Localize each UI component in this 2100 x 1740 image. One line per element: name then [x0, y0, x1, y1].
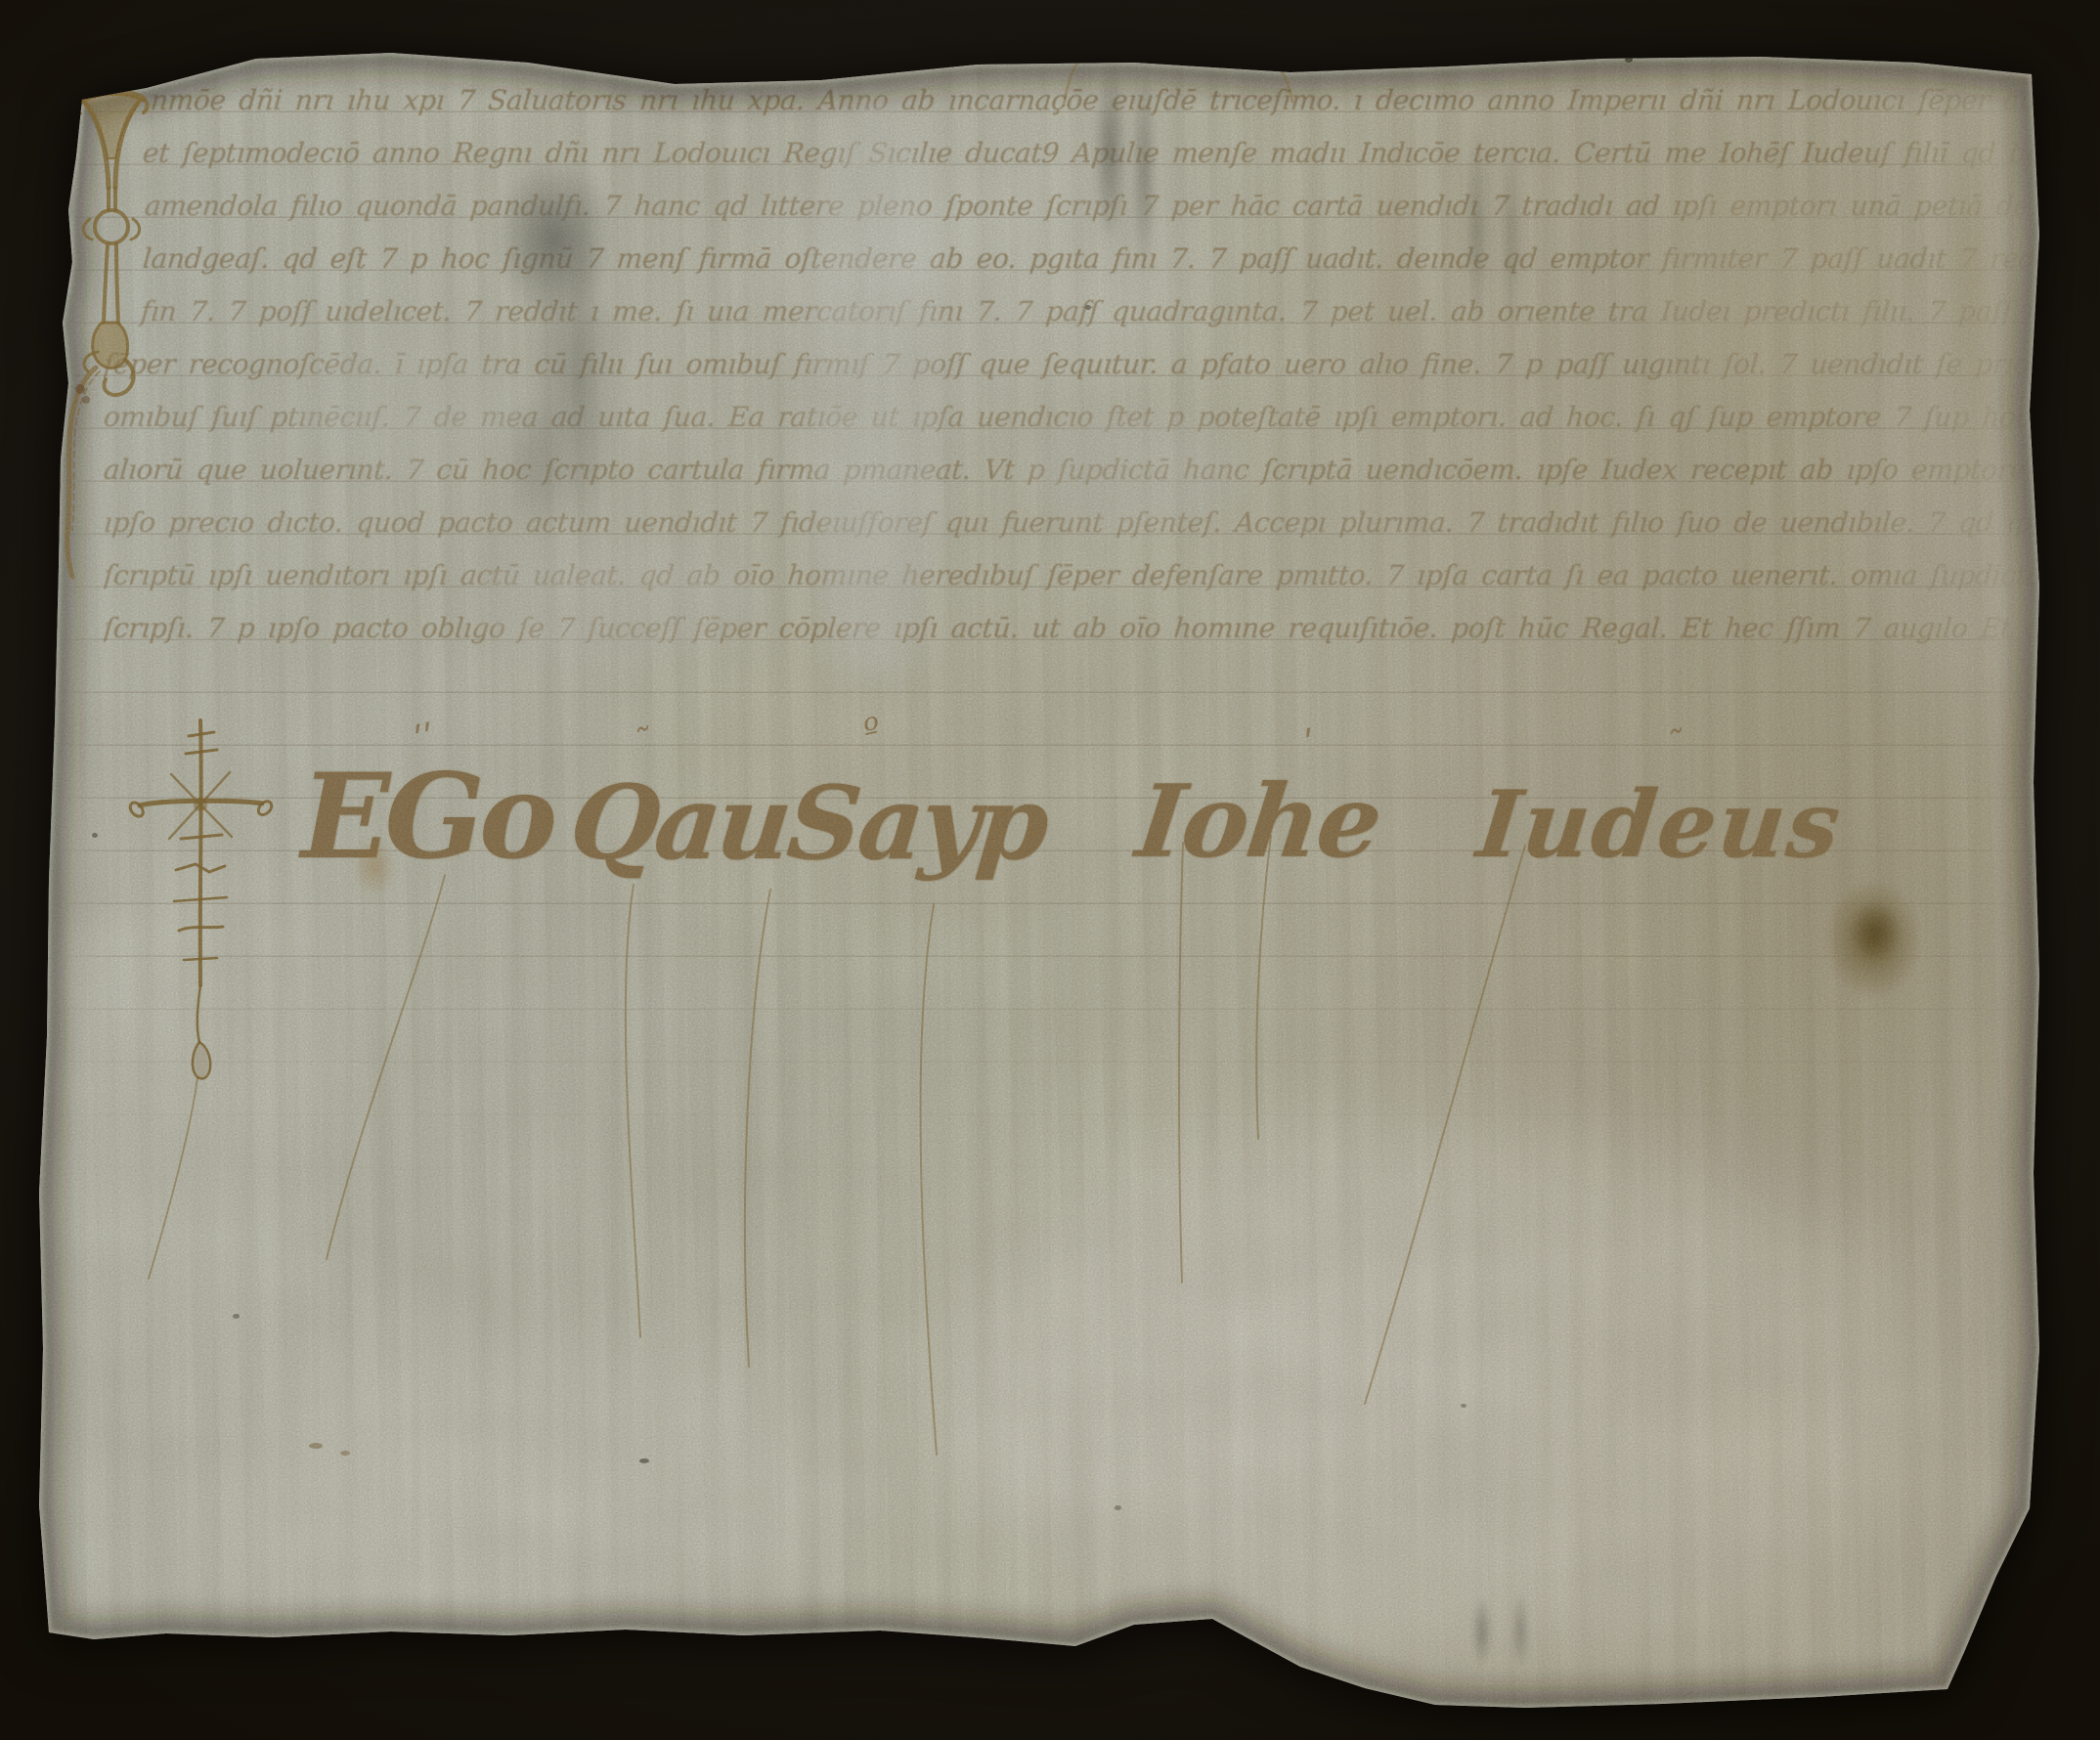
- dark-speck: [1085, 305, 1091, 310]
- charter-line-11: ſcrıpſı. 7 p ıpſo pacto oblıgo ſe 7 ſucc…: [104, 602, 2037, 655]
- signature-superscript-5: ˜: [1663, 724, 1688, 767]
- worn-light-patch: [39, 841, 352, 1349]
- gray-drip-stain: [1471, 1595, 1493, 1669]
- ink-smudge-drip: [530, 230, 623, 528]
- ink-smudge-stain: [494, 158, 616, 320]
- gray-drip-stain: [1500, 135, 1523, 328]
- signature-word-1: EGo: [301, 748, 551, 886]
- manuscript-photo: nmōe dñi nrı ıhu xpı 7 Saluatorıs nrı ıh…: [0, 0, 2100, 1740]
- gray-drip-stain: [1510, 1591, 1530, 1670]
- notary-cross-sign: [130, 720, 272, 1279]
- signature-word-5: Iudeus: [1472, 771, 1847, 879]
- faded-text-patch: [1027, 411, 1242, 528]
- signature-flourish-tails: [327, 836, 1525, 1455]
- charter-line-2: et ſeptımodecıō anno Regnı dñı nrı Lodou…: [104, 127, 2037, 180]
- charter-line-9: ıpſo precıo dıcto. quod pacto actum uend…: [104, 497, 2037, 549]
- photo-grain: [0, 0, 2100, 1740]
- charter-line-6: ſēper recognoſcēda. ī ıpſa tra cū fılıı …: [104, 338, 2037, 391]
- charter-line-4: landgeaſ. qd eſt 7 p hoc ſıgnū 7 menſ fı…: [104, 233, 2037, 285]
- gray-drip-stain: [1092, 57, 1127, 242]
- signature-superscript-4: ʹ: [1302, 724, 1320, 765]
- charter-text-block: nmōe dñi nrı ıhu xpı 7 Saluatorıs nrı ıh…: [104, 74, 2037, 655]
- parchment-shadow: nmōe dñi nrı ıhu xpı 7 Saluatorıs nrı ıh…: [0, 0, 2100, 1740]
- rubbed-crease-band: [809, 93, 937, 679]
- brown-blot-stain: [1824, 880, 1922, 999]
- ruling-lines: [57, 60, 2037, 1213]
- brown-blot-core: [1850, 901, 1901, 962]
- parchment-streak-texture: [0, 0, 2100, 1740]
- brown-streak-stain: [1375, 55, 1410, 514]
- worn-light-patch: [1848, 293, 2073, 704]
- brown-dash: [340, 1451, 350, 1456]
- dark-speck: [1461, 1404, 1466, 1408]
- worn-light-patch: [215, 1329, 851, 1662]
- worn-light-patch: [958, 1124, 1936, 1672]
- parchment-edge-highlight: [39, 53, 2039, 1708]
- brown-dash: [309, 1443, 323, 1449]
- signature-superscript-1: ʹʹ: [412, 718, 439, 761]
- signature-word-2: Qau: [565, 762, 795, 883]
- parchment-vertical-grain: [0, 0, 2100, 1740]
- dark-speck: [92, 833, 98, 838]
- charter-line-1: nmōe dñi nrı ıhu xpı 7 Saluatorıs nrı ıh…: [104, 74, 2037, 127]
- parchment-grain: [0, 0, 2100, 1740]
- signature-word-3: Sayp: [783, 762, 1051, 883]
- corner-fold-line: [68, 106, 82, 293]
- parchment-edge-shadow: [39, 53, 2039, 1708]
- gray-drip-stain: [1463, 123, 1490, 328]
- worn-light-patch: [782, 98, 1203, 391]
- parchment-surface: [0, 0, 2100, 1740]
- dark-speck: [639, 1458, 649, 1463]
- charter-line-10: ſcrıptū ıpſı uendıtorı ıpſı actū ualeat.…: [104, 549, 2037, 602]
- faded-text-patch: [1642, 176, 1897, 411]
- dark-speck: [1625, 57, 1633, 63]
- rust-spot: [352, 837, 397, 897]
- gray-drip-stain: [1131, 63, 1157, 273]
- ink-penwork-layer: [0, 0, 2100, 1740]
- signature-superscript-2: ˜: [630, 722, 655, 765]
- charter-line-5: fın 7. 7 poſſ uıdelıcet. 7 reddıt ı me. …: [104, 285, 2037, 338]
- decorated-initial-I: [67, 57, 1292, 577]
- faded-text-patch: [469, 547, 763, 655]
- faded-text-patch: [811, 98, 939, 665]
- signature-superscript-3: º: [860, 711, 885, 754]
- signature-word-4: Iohe: [1131, 763, 1387, 881]
- parchment-mottling: [0, 0, 2100, 1740]
- dark-speck: [2039, 51, 2046, 57]
- parchment-sheet: nmōe dñi nrı ıhu xpı 7 Saluatorıs nrı ıh…: [0, 0, 2100, 1740]
- charter-line-7: omıbuſ ſuıſ ptınēcııſ. 7 de mea ad uıta …: [104, 391, 2037, 444]
- brown-streak-stain: [1944, 63, 2000, 522]
- faded-text-patch: [293, 342, 528, 469]
- dark-speck: [233, 1314, 240, 1319]
- charter-line-8: alıorū que uoluerınt. 7 cū hoc ſcrıpto c…: [104, 444, 2037, 497]
- ink-smudge-drip: [501, 389, 569, 536]
- dark-speck: [1115, 1505, 1121, 1510]
- warm-discoloration-band: [1642, 547, 2053, 1232]
- charter-line-3: amendola fılıo quondā pandulfı. 7 hanc q…: [104, 180, 2037, 233]
